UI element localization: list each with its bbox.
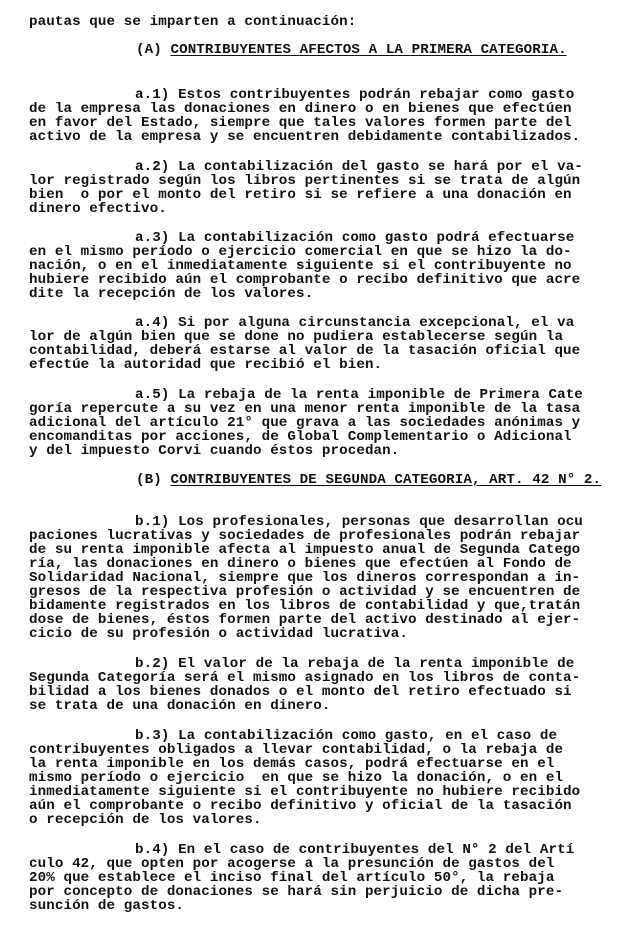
paragraph-line: encomanditas por acciones, de Global Com… bbox=[29, 430, 572, 444]
paragraph-line: Solidaridad Nacional, siempre que los di… bbox=[29, 571, 580, 585]
paragraph-line: mismo período o ejercicio en que se hizo… bbox=[29, 771, 563, 785]
paragraph-line: activo de la empresa y se encuentren deb… bbox=[29, 130, 580, 144]
paragraph-line: en favor del Estado, siempre que tales v… bbox=[29, 116, 572, 130]
paragraph-line: lor de algún bien que se done no pudiera… bbox=[29, 330, 563, 344]
paragraph-line: en el mismo período o ejercicio comercia… bbox=[29, 245, 572, 259]
paragraph-line: sunción de gastos. bbox=[29, 899, 184, 913]
document-page: pautas que se imparten a continuación: (… bbox=[0, 0, 630, 943]
section-a-heading: (A) CONTRIBUYENTES AFECTOS A LA PRIMERA … bbox=[136, 43, 567, 57]
paragraph-line: b.2) El valor de la rebaja de la renta i… bbox=[135, 657, 574, 671]
section-b-heading: (B) CONTRIBUYENTES DE SEGUNDA CATEGORIA,… bbox=[136, 473, 601, 487]
paragraph-line: a.2) La contabilización del gasto se har… bbox=[135, 160, 583, 174]
paragraph-line: a.3) La contabilización como gasto podrá… bbox=[135, 231, 574, 245]
paragraph-line: b.4) En el caso de contribuyentes del N°… bbox=[135, 843, 574, 857]
paragraph-line: hubiere recibido aún el comprobante o re… bbox=[29, 273, 580, 287]
paragraph-line: bien o por el monto del retiro si se ref… bbox=[29, 188, 572, 202]
paragraph-line: la renta imponible en los demás casos, p… bbox=[29, 757, 554, 771]
paragraph-line: gresos de la respectiva profesión o acti… bbox=[29, 585, 580, 599]
paragraph-line: o recepción de los valores. bbox=[29, 813, 262, 827]
paragraph-line: de la empresa las donaciones en dinero o… bbox=[29, 102, 572, 116]
paragraph-line: b.1) Los profesionales, personas que des… bbox=[135, 515, 583, 529]
paragraph-line: inmediatamente siguiente si el contribuy… bbox=[29, 785, 580, 799]
paragraph-line: Segunda Categoría será el mismo asignado… bbox=[29, 671, 580, 685]
paragraph-line: nación, o en el inmediatamente siguiente… bbox=[29, 259, 572, 273]
paragraph-line: de su renta imponible afecta al impuesto… bbox=[29, 543, 580, 557]
paragraph-line: efectúe la autoridad que recibió el bien… bbox=[29, 358, 382, 372]
paragraph-line: bidamente registrados en los libros de c… bbox=[29, 599, 580, 613]
paragraph-line: contribuyentes obligados a llevar contab… bbox=[29, 743, 563, 757]
paragraph-line: a.4) Si por alguna circunstancia excepci… bbox=[135, 316, 574, 330]
section-a-title: CONTRIBUYENTES AFECTOS A LA PRIMERA CATE… bbox=[170, 42, 566, 58]
paragraph-line: a.1) Estos contribuyentes podrán rebajar… bbox=[135, 88, 574, 102]
paragraph-line: bilidad a los bienes donados o el monto … bbox=[29, 685, 572, 699]
paragraph-line: y del impuesto Corvi cuando éstos proced… bbox=[29, 444, 399, 458]
paragraph-line: paciones lucrativas y sociedades de prof… bbox=[29, 529, 580, 543]
paragraph-line: a.5) La rebaja de la renta imponible de … bbox=[135, 388, 583, 402]
paragraph-line: lor registrado según los libros pertinen… bbox=[29, 174, 580, 188]
paragraph-line: 20% que establece el inciso final del ar… bbox=[29, 871, 554, 885]
paragraph-line: cicio de su profesión o actividad lucrat… bbox=[29, 627, 408, 641]
paragraph-line: se trata de una donación en dinero. bbox=[29, 699, 331, 713]
intro-line: pautas que se imparten a continuación: bbox=[29, 15, 356, 29]
section-a-label: (A) bbox=[136, 42, 162, 58]
paragraph-line: ría, las donaciones en dinero o bienes q… bbox=[29, 557, 572, 571]
section-b-label: (B) bbox=[136, 472, 162, 488]
paragraph-line: goría repercute a su vez en una menor re… bbox=[29, 402, 580, 416]
section-b-title: CONTRIBUYENTES DE SEGUNDA CATEGORIA, ART… bbox=[170, 472, 601, 488]
paragraph-line: adicional del artículo 21° que grava a l… bbox=[29, 416, 580, 430]
paragraph-line: culo 42, que opten por acogerse a la pre… bbox=[29, 857, 554, 871]
paragraph-line: aún el comprobante o recibo definitivo y… bbox=[29, 799, 572, 813]
paragraph-line: contabilidad, deberá estarse al valor de… bbox=[29, 344, 580, 358]
paragraph-line: dose de bienes, éstos formen parte del a… bbox=[29, 613, 580, 627]
paragraph-line: dinero efectivo. bbox=[29, 202, 167, 216]
paragraph-line: b.3) La contabilización como gasto, en e… bbox=[135, 729, 557, 743]
paragraph-line: dite la recepción de los valores. bbox=[29, 287, 313, 301]
paragraph-line: por concepto de donaciones se hará sin p… bbox=[29, 885, 563, 899]
